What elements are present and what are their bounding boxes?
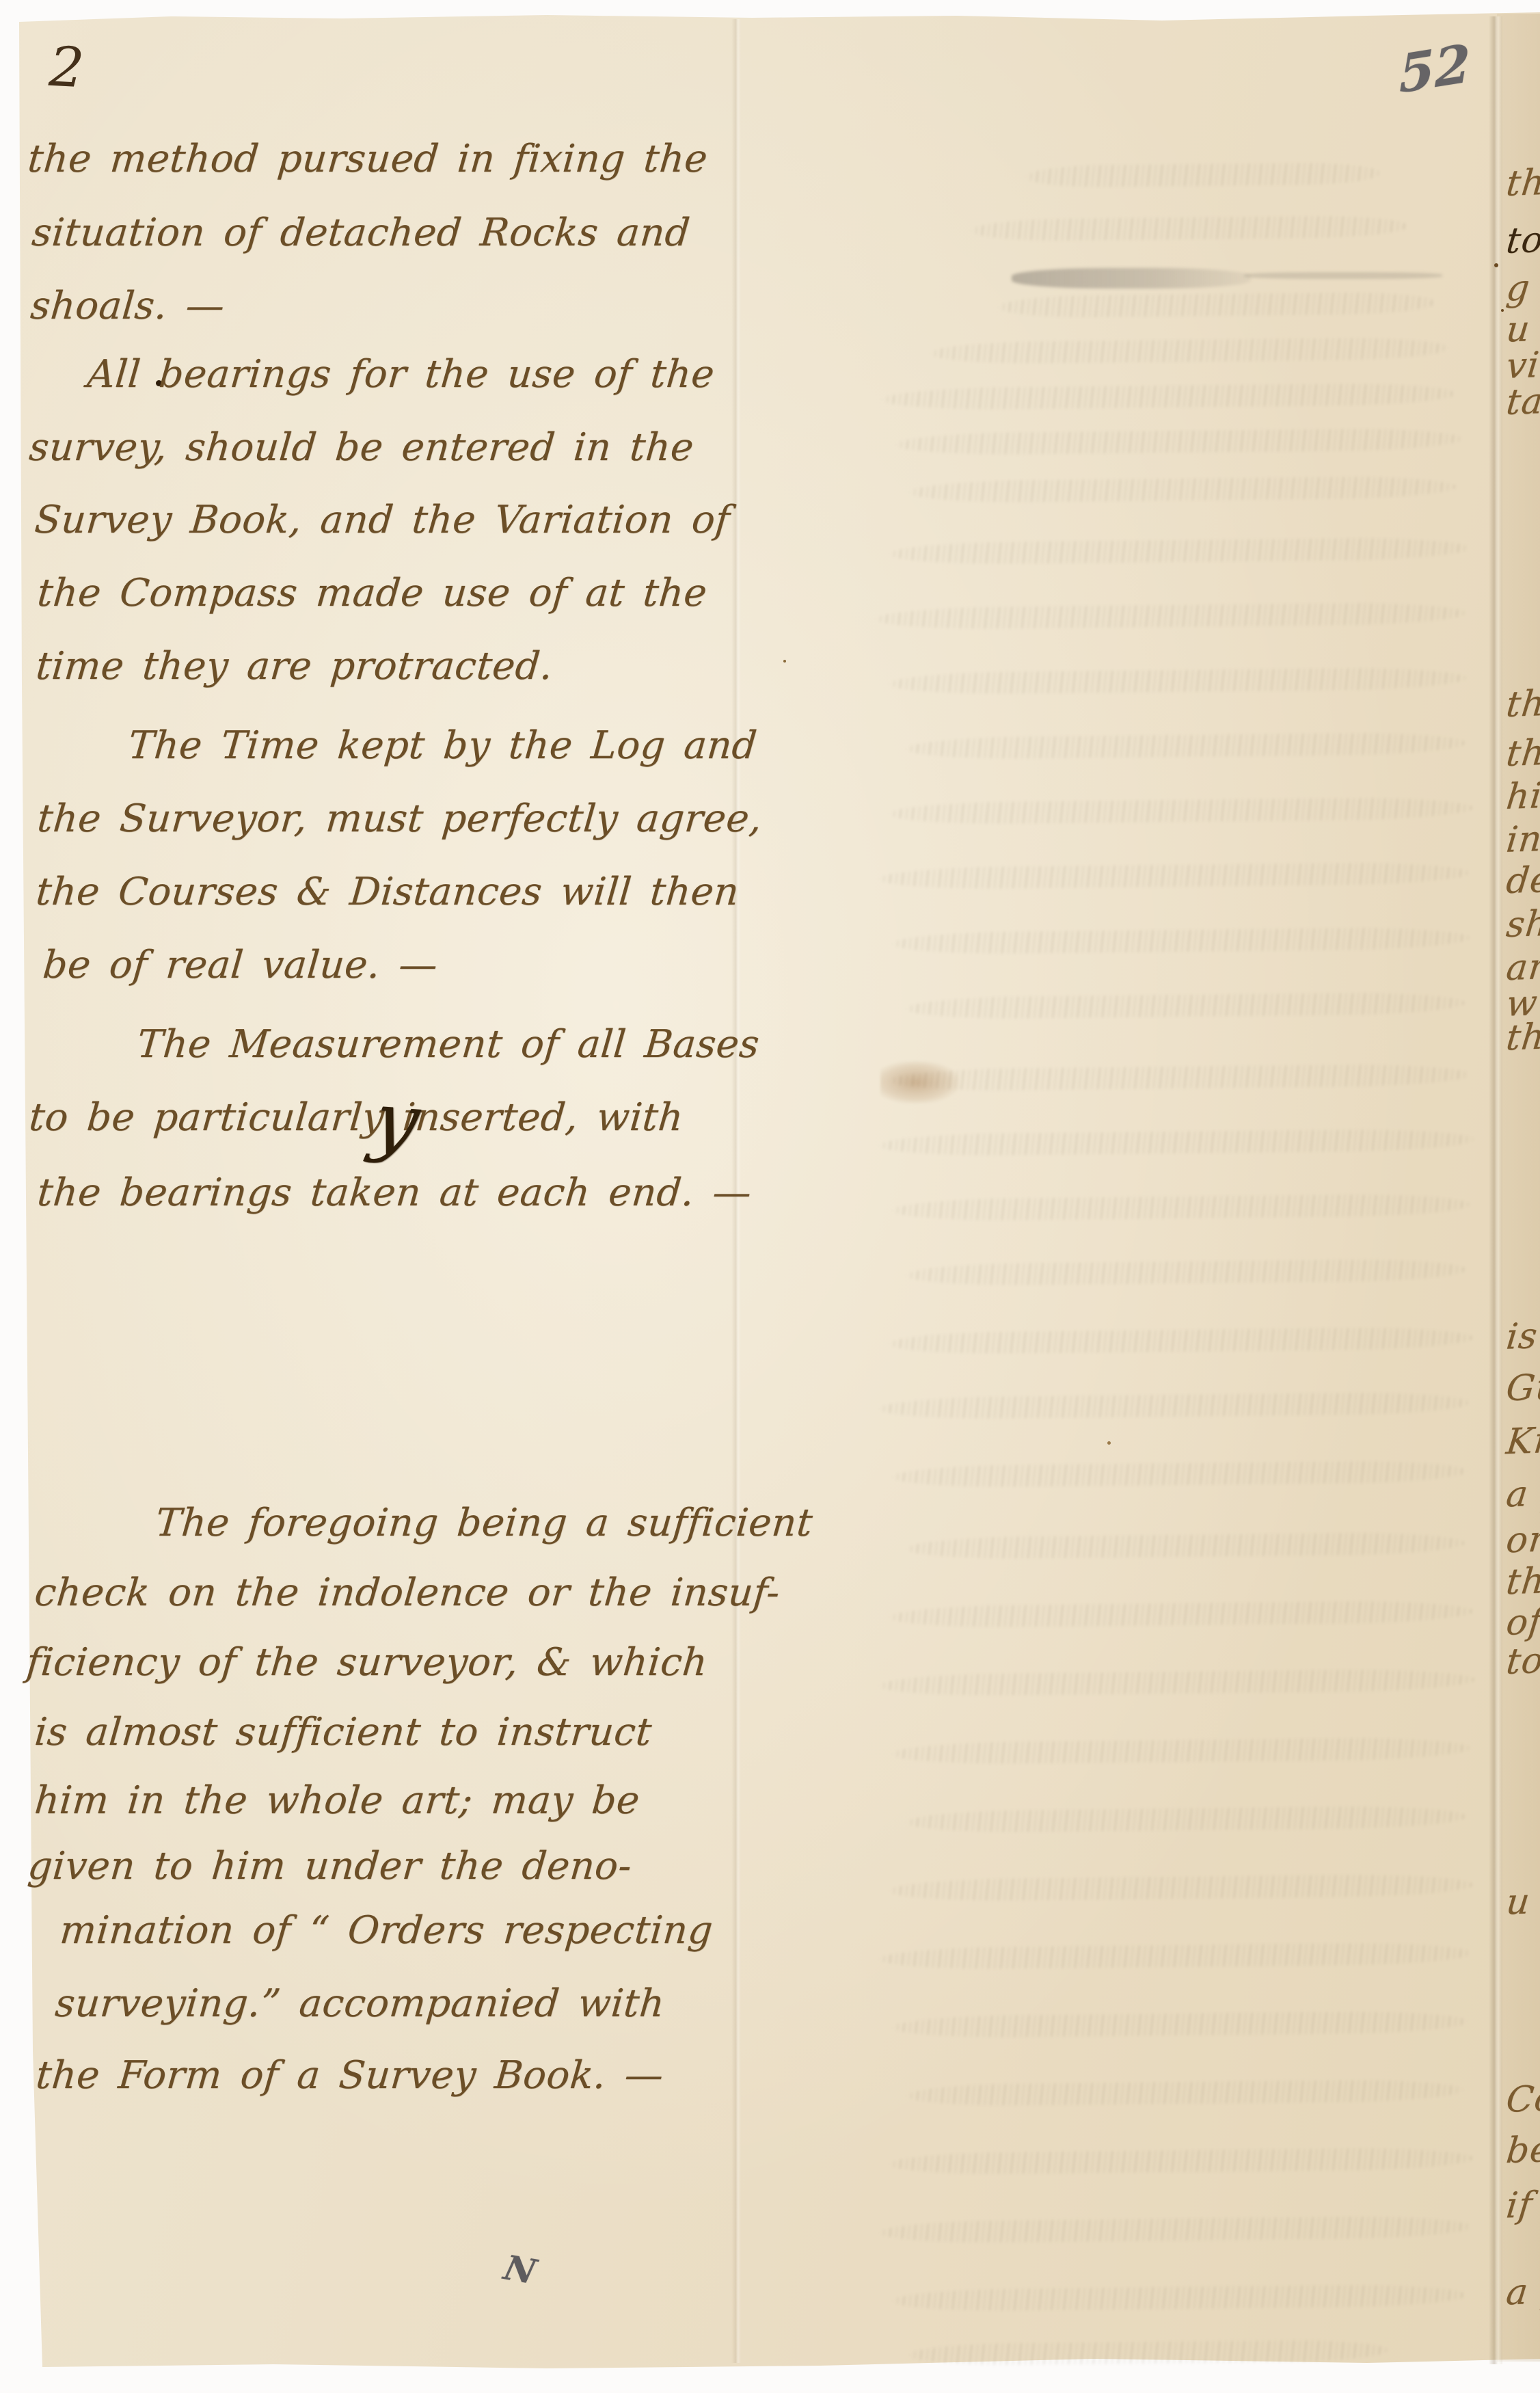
paragraph-4-line-3: the bearings taken at each end. — xyxy=(36,1171,753,1215)
adjacent-page-fragment-28: a g xyxy=(1504,2271,1540,2314)
paragraph-5-line-5: him in the whole art; may be xyxy=(33,1778,642,1823)
paragraph-5-line-6: given to him under the deno- xyxy=(26,1844,634,1888)
adjacent-page-fragment-26: be xyxy=(1504,2129,1540,2171)
adjacent-page-fragment-15: the xyxy=(1504,1015,1540,1058)
adjacent-page-fragment-18: Kn xyxy=(1504,1420,1540,1463)
paragraph-1-line-1: the method pursued in fixing the xyxy=(26,137,710,181)
paragraph-3-line-3: the Courses & Distances will then xyxy=(34,870,741,914)
adjacent-page-fragment-21: thr xyxy=(1504,1560,1540,1603)
paragraph-2-line-3: Survey Book, and the Variation of xyxy=(33,498,732,542)
paragraph-3-line-1: The Time kept by the Log and xyxy=(126,723,759,768)
adjacent-page-fragment-24: u xyxy=(1504,1881,1532,1923)
adjacent-page-fragment-8: th xyxy=(1504,732,1540,775)
adjacent-page-fragment-1: th xyxy=(1504,162,1540,204)
adjacent-page-fragment-5: vi xyxy=(1504,345,1540,387)
folio-number-ink: 2 xyxy=(48,35,86,101)
paragraph-2-line-5: time they are protracted. xyxy=(34,644,555,689)
adjacent-page-fragment-25: Con xyxy=(1504,2077,1540,2121)
ink-speck-2 xyxy=(1494,263,1498,267)
paragraph-3-line-2: the Surveyor, must perfectly agree, xyxy=(36,797,764,841)
paragraph-5-line-1: The foregoing being a sufficient xyxy=(154,1501,815,1545)
adjacent-page-fragment-10: in xyxy=(1504,818,1540,861)
fold-crease-right xyxy=(1489,16,1502,2364)
adjacent-page-fragment-4: u xyxy=(1504,308,1532,350)
paragraph-4-line-2: to be particularly inserted, with xyxy=(27,1095,685,1140)
paragraph-2-line-4: the Compass made use of at the xyxy=(36,571,709,615)
adjacent-page-fragment-12: sh xyxy=(1504,903,1540,946)
ink-speck-3 xyxy=(1501,309,1504,312)
adjacent-page-fragment-22: of xyxy=(1504,1601,1540,1644)
paragraph-5-line-7: mination of “ Orders respecting xyxy=(58,1908,715,1953)
paragraph-2-line-1: All bearings for the use of the xyxy=(85,352,716,397)
paragraph-5-line-8: surveying.” accompanied with xyxy=(53,1981,666,2026)
paragraph-5-line-4: is almost sufficient to instruct xyxy=(33,1710,653,1754)
paragraph-4-line-1: The Measurement of all Bases xyxy=(135,1022,761,1067)
manuscript-scan: 2 52 the method pursued in fixing thesit… xyxy=(0,0,1540,2393)
adjacent-page-fragment-7: th xyxy=(1504,683,1540,725)
adjacent-page-fragment-27: if s xyxy=(1504,2184,1540,2227)
ink-speck-4 xyxy=(783,660,786,663)
paragraph-1-line-3: shoals. — xyxy=(29,284,226,328)
paragraph-5-line-9: the Form of a Survey Book. — xyxy=(34,2053,665,2098)
adjacent-page-fragment-9: hi xyxy=(1504,775,1540,818)
adjacent-page-fragment-2: to xyxy=(1504,219,1540,262)
adjacent-page-fragment-17: Gu xyxy=(1504,1367,1540,1410)
folio-number-pencil: 52 xyxy=(1399,32,1471,105)
adjacent-page-fragment-6: ta xyxy=(1504,381,1540,423)
adjacent-page-fragment-11: de xyxy=(1504,859,1540,902)
paragraph-5-line-3: ficiency of the surveyor, & which xyxy=(25,1640,710,1685)
adjacent-page-fragment-16: is xyxy=(1504,1315,1540,1358)
paragraph-2-line-2: survey, should be entered in the xyxy=(27,425,696,470)
paragraph-5-line-2: check on the indolence or the insuf- xyxy=(33,1570,782,1615)
ink-speck-5 xyxy=(1107,1441,1111,1445)
adjacent-page-fragment-19: a p xyxy=(1504,1473,1540,1516)
bleedthrough-line-1 xyxy=(1025,162,1381,187)
adjacent-page-fragment-3: g xyxy=(1504,267,1532,309)
adjacent-page-fragment-23: to xyxy=(1504,1640,1540,1683)
paragraph-1-line-2: situation of detached Rocks and xyxy=(30,211,692,255)
paragraph-3-line-4: be of real value. — xyxy=(41,943,440,987)
adjacent-page-fragment-20: on, xyxy=(1504,1519,1540,1562)
